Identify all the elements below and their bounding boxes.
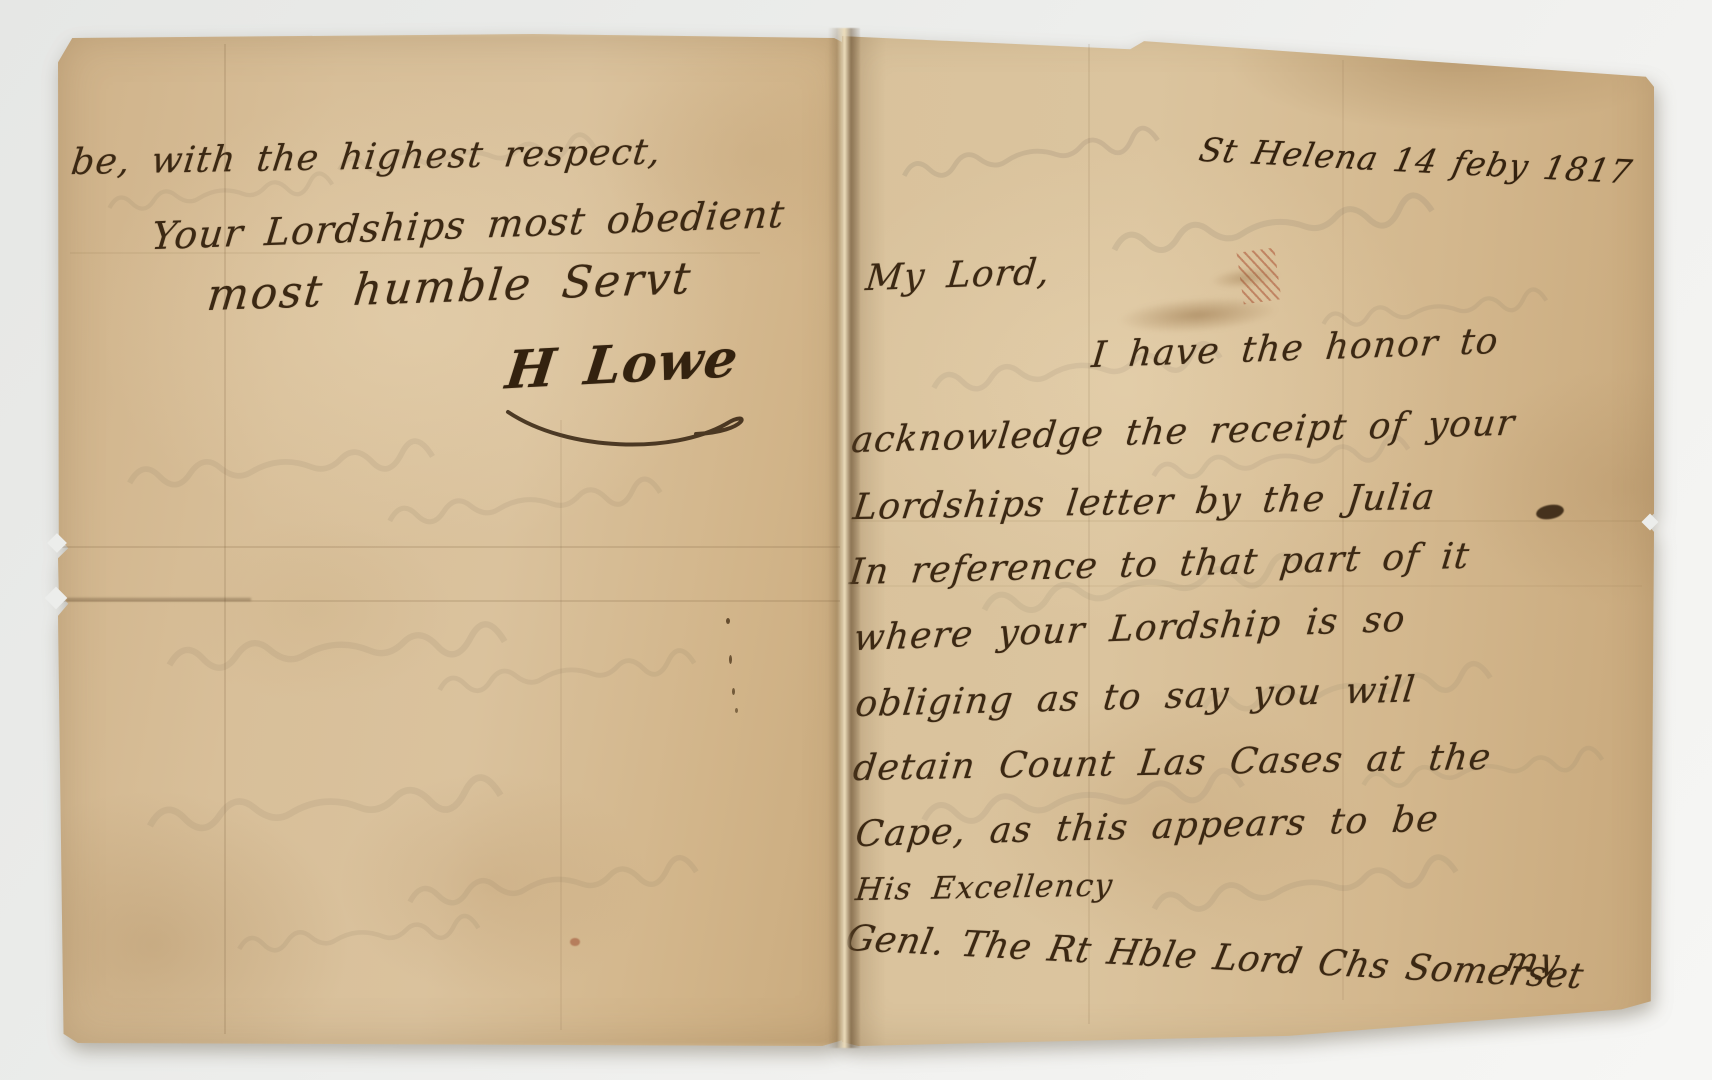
body-line-6: obliging as to say you will xyxy=(853,669,1418,725)
left-page: be, with the highest respect, Your Lords… xyxy=(58,34,850,1046)
left-page-paper: be, with the highest respect, Your Lords… xyxy=(58,34,850,1046)
body-line-8: Cape, as this appears to be xyxy=(853,799,1441,855)
address-line-2: Genl. The Rt Hble Lord Chs Somerset xyxy=(842,918,1587,997)
body-line-1: I have the honor to xyxy=(1090,321,1501,376)
right-page-paper: St Helena 14 feby 1817 My Lord, I have t… xyxy=(842,30,1654,1046)
signature: H Lowe xyxy=(502,328,742,402)
bleedthrough-marks xyxy=(58,34,850,1046)
closing-line-3: most humble Servt xyxy=(205,253,695,321)
body-line-3: Lordships letter by the Julia xyxy=(851,477,1438,528)
closing-line-1: be, with the highest respect, xyxy=(69,132,664,183)
closing-line-2: Your Lordships most obedient xyxy=(149,192,787,258)
body-line-4: In reference to that part of it xyxy=(847,536,1472,593)
body-line-7: detain Count Las Cases at the xyxy=(851,737,1494,789)
body-line-5: where your Lordship is so xyxy=(852,599,1408,659)
salutation: My Lord, xyxy=(864,252,1053,300)
address-line-1: His Excellency xyxy=(854,868,1116,909)
dateline: St Helena 14 feby 1817 xyxy=(1196,130,1636,191)
letter-photograph: be, with the highest respect, Your Lords… xyxy=(0,0,1712,1080)
right-page: St Helena 14 feby 1817 My Lord, I have t… xyxy=(842,30,1654,1046)
body-line-2: acknowledge the receipt of your xyxy=(849,403,1517,462)
signature-flourish xyxy=(498,396,758,466)
